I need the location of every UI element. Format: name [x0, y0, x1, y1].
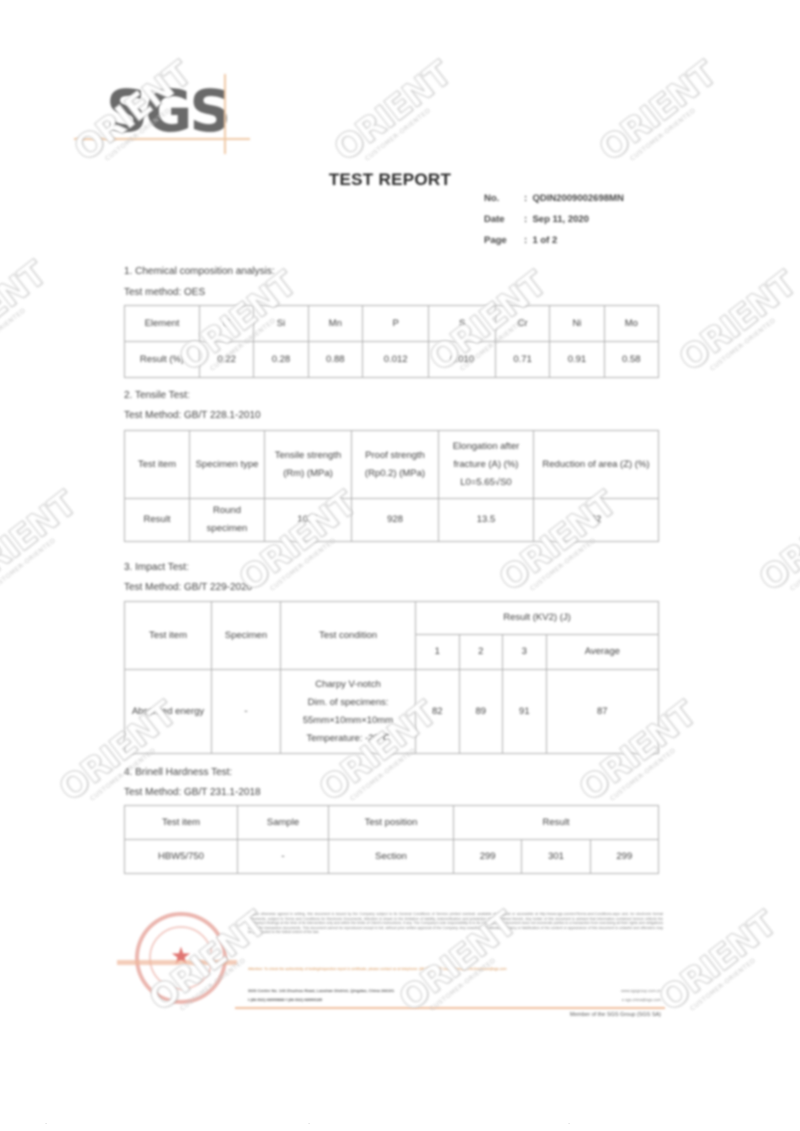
table-header-cell: Test position	[329, 806, 454, 840]
table-header-cell: Reduction of area (Z) (%)	[534, 431, 659, 499]
table-header-cell: Element	[125, 306, 200, 342]
table-cell: 299	[590, 840, 658, 874]
table-header-cell: Test item	[125, 431, 190, 499]
watermark-tagline: CUSTOMER-ORIENTED	[708, 291, 800, 372]
table-cell: 1001	[265, 499, 352, 542]
orient-watermark: ORIENTCUSTOMER-ORIENTED	[673, 264, 800, 405]
stamp-band	[117, 960, 237, 965]
watermark-word: ORIENT	[753, 484, 800, 597]
table-header-cell: Cr	[495, 306, 549, 342]
chemical-test-method: Test method: OES	[124, 287, 205, 298]
table-cell: Absorbed energy	[125, 670, 212, 754]
table-cell: 0.28	[254, 342, 308, 378]
orient-watermark: ORIENTCUSTOMER-ORIENTED	[0, 254, 77, 395]
page-mark: ˊ	[308, 1124, 310, 1130]
table-cell: 301	[522, 840, 590, 874]
email-link[interactable]: e sgs.china@sgs.com	[621, 995, 661, 1004]
website-link[interactable]: www.sgsgroup.com.cn	[621, 986, 661, 995]
table-row: Absorbed energy - Charpy V-notch Dim. of…	[125, 670, 659, 754]
sgs-logo-text: SGS	[106, 82, 228, 140]
phone-line: t (86-532) 68999888 f (86-532) 68999185	[248, 995, 394, 1004]
watermark-word: ORIENT	[0, 484, 85, 597]
table-cell-condition: Charpy V-notch Dim. of specimens: 55mm×1…	[281, 670, 416, 754]
table-cell: 89	[459, 670, 503, 754]
terms-fine-print: Unless otherwise agreed in writing, this…	[248, 912, 663, 935]
table-header-cell: Specimen	[212, 602, 281, 670]
table-cell: 0.012	[362, 342, 429, 378]
chemical-section-title: 1. Chemical composition analysis:	[124, 266, 275, 277]
table-header-cell: S	[429, 306, 496, 342]
table-header-row: Test item Sample Test position Result	[125, 806, 659, 840]
hardness-table: Test item Sample Test position Result HB…	[124, 805, 659, 874]
orient-watermark: ORIENTCUSTOMER-ORIENTED	[753, 484, 800, 625]
table-cell: 0.22	[200, 342, 254, 378]
page-mark: ˊ	[568, 1124, 570, 1130]
hardness-section-title: 4. Brinell Hardness Test:	[124, 767, 232, 778]
table-header-cell: Elongation after fracture (A) (%) L0=5.6…	[439, 431, 534, 499]
table-cell: 62	[534, 499, 659, 542]
table-row: Result (%) 0.22 0.28 0.88 0.012 0.010 0.…	[125, 342, 659, 378]
company-address: SGS Centre No. 143 Zhuzhou Road, Laoshan…	[248, 986, 394, 1004]
table-cell: 82	[416, 670, 460, 754]
meta-sep: :	[524, 214, 527, 225]
official-stamp: ★	[135, 912, 227, 1004]
table-header-cell: Result	[454, 806, 659, 840]
table-cell: 928	[352, 499, 439, 542]
table-cell: 0.71	[495, 342, 549, 378]
member-statement: Member of the SGS Group (SGS SA)	[570, 1012, 661, 1018]
address-line: SGS Centre No. 143 Zhuzhou Road, Laoshan…	[248, 986, 394, 995]
table-cell: Result (%)	[125, 342, 200, 378]
watermark-word: ORIENT	[673, 264, 800, 377]
watermark-tagline: CUSTOMER-ORIENTED	[688, 931, 789, 1012]
impact-section-title: 3. Impact Test:	[124, 562, 189, 573]
meta-value: QDIN2009002698MN	[532, 193, 623, 204]
table-cell: 0.91	[550, 342, 604, 378]
meta-sep: :	[524, 193, 527, 204]
tensile-section-title: 2. Tensile Test:	[124, 390, 190, 401]
impact-table: Test item Specimen Test condition Result…	[124, 601, 659, 754]
chemical-table: Element C Si Mn P S Cr Ni Mo Result (%) …	[124, 305, 659, 378]
watermark-word: ORIENT	[653, 904, 784, 1017]
logo-divider-vertical	[224, 74, 226, 154]
table-header-cell: Tensile strength (Rm) (MPa)	[265, 431, 352, 499]
report-page: Page: 1 of 2	[484, 234, 624, 255]
table-cell: 299	[454, 840, 522, 874]
table-header-row: Test item Specimen type Tensile strength…	[125, 431, 659, 499]
table-header-cell: Test condition	[281, 602, 416, 670]
table-cell: Section	[329, 840, 454, 874]
star-icon: ★	[139, 942, 223, 971]
table-cell: 13.5	[439, 499, 534, 542]
report-footer: ★ Unless otherwise agreed in writing, th…	[125, 904, 665, 1022]
authenticity-notice: Attention: To check the authenticity of …	[248, 967, 663, 972]
table-header-cell: Specimen type	[190, 431, 265, 499]
table-cell: 91	[503, 670, 547, 754]
orient-watermark: ORIENTCUSTOMER-ORIENTED	[653, 904, 800, 1045]
table-header-cell: Test item	[125, 602, 212, 670]
table-cell: 0.58	[604, 342, 658, 378]
table-header-cell: Ni	[550, 306, 604, 342]
report-title: TEST REPORT	[0, 170, 780, 190]
table-header-cell: 1	[416, 635, 460, 670]
watermark-tagline: CUSTOMER-ORIENTED	[628, 81, 729, 162]
watermark-word: ORIENT	[328, 54, 459, 167]
table-header-cell: P	[362, 306, 429, 342]
report-date: Date: Sep 11, 2020	[484, 213, 624, 234]
company-web: www.sgsgroup.com.cn e sgs.china@sgs.com	[621, 986, 661, 1004]
watermark-tagline: CUSTOMER-ORIENTED	[0, 281, 59, 362]
impact-test-method: Test Method: GB/T 229-2020	[124, 582, 252, 593]
footer-divider	[235, 1007, 665, 1009]
table-row: HBW5/750 - Section 299 301 299	[125, 840, 659, 874]
meta-label: No.	[484, 192, 524, 205]
orient-watermark: ORIENTCUSTOMER-ORIENTED	[0, 484, 107, 625]
page-mark: ˊ	[45, 1124, 47, 1130]
sgs-logo: SGS	[100, 80, 230, 142]
watermark-word: ORIENT	[0, 254, 55, 367]
condition-line: Temperature: -20℃	[283, 730, 413, 748]
table-cell: Result	[125, 499, 190, 542]
report-meta: No.: QDIN2009002698MN Date: Sep 11, 2020…	[484, 192, 624, 255]
table-header-cell: C	[200, 306, 254, 342]
table-header-cell: 3	[503, 635, 547, 670]
condition-line: 55mm×10mm×10mm	[283, 712, 413, 730]
table-header-cell: Average	[546, 635, 658, 670]
tensile-table: Test item Specimen type Tensile strength…	[124, 430, 659, 542]
table-header-cell: Sample	[238, 806, 329, 840]
table-header-cell: Mo	[604, 306, 658, 342]
table-header-cell: Test item	[125, 806, 238, 840]
meta-label: Page	[484, 234, 524, 247]
table-cell: 87	[546, 670, 658, 754]
table-cell: Round specimen	[190, 499, 265, 542]
meta-value: Sep 11, 2020	[532, 214, 589, 225]
meta-label: Date	[484, 213, 524, 226]
table-header-row: Element C Si Mn P S Cr Ni Mo	[125, 306, 659, 342]
condition-line: Dim. of specimens:	[283, 694, 413, 712]
meta-value: 1 of 2	[532, 235, 557, 246]
report-number: No.: QDIN2009002698MN	[484, 192, 624, 213]
table-cell: HBW5/750	[125, 840, 238, 874]
table-cell: -	[212, 670, 281, 754]
table-header-cell: Mn	[308, 306, 362, 342]
hardness-test-method: Test Method: GB/T 231.1-2018	[124, 787, 261, 798]
watermark-tagline: CUSTOMER-ORIENTED	[788, 511, 800, 592]
table-header-cell: 2	[459, 635, 503, 670]
condition-line: Charpy V-notch	[283, 676, 413, 694]
table-header-cell: Result (KV2) (J)	[416, 602, 659, 635]
table-cell: 0.010	[429, 342, 496, 378]
watermark-tagline: CUSTOMER-ORIENTED	[363, 81, 464, 162]
tensile-test-method: Test Method: GB/T 228.1-2010	[124, 410, 261, 421]
table-row: Result Round specimen 1001 928 13.5 62	[125, 499, 659, 542]
table-header-cell: Si	[254, 306, 308, 342]
table-cell: -	[238, 840, 329, 874]
watermark-tagline: CUSTOMER-ORIENTED	[0, 511, 89, 592]
table-header-row: Test item Specimen Test condition Result…	[125, 602, 659, 635]
table-header-cell: Proof strength (Rp0.2) (MPa)	[352, 431, 439, 499]
watermark-word: ORIENT	[593, 54, 724, 167]
table-cell: 0.88	[308, 342, 362, 378]
meta-sep: :	[524, 235, 527, 246]
